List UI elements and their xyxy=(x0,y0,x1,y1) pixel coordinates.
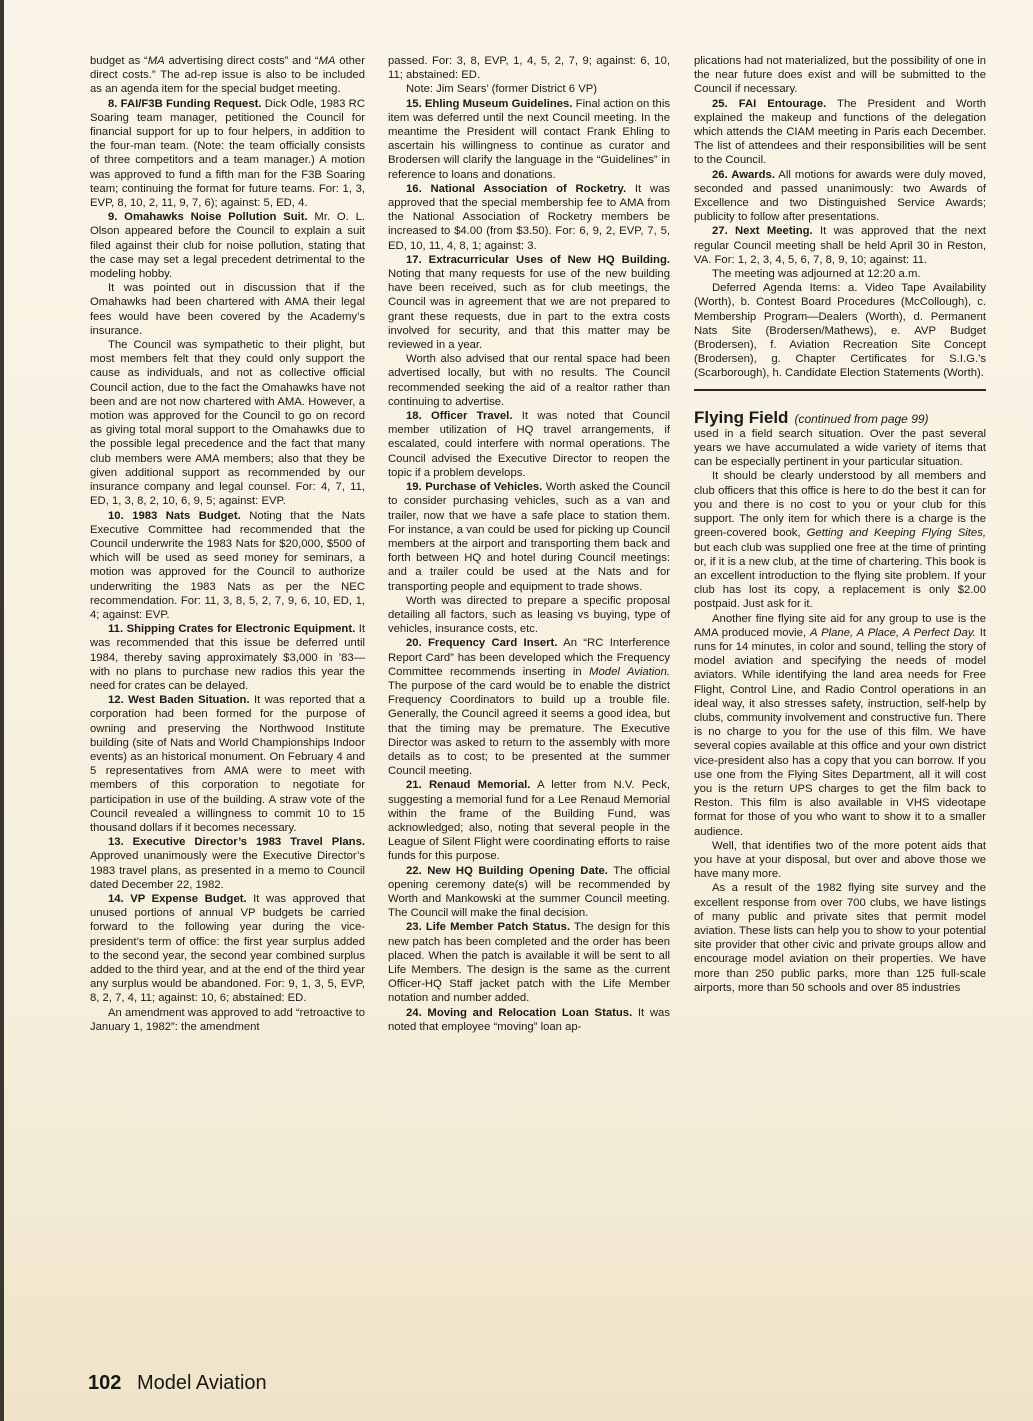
flying-field-paragraph-1: used in a field search situation. Over t… xyxy=(694,427,986,470)
flying-field-paragraph-5: As a result of the 1982 flying site surv… xyxy=(694,881,986,995)
deferred-agenda-items: Deferred Agenda Items: a. Video Tape Ava… xyxy=(694,281,986,380)
section-title-flying-field: Flying Field(continued from page 99) xyxy=(694,411,986,427)
column-middle: passed. For: 3, 8, EVP, 1, 4, 5, 2, 7, 9… xyxy=(388,54,670,1034)
flying-field-paragraph-3: Another fine flying site aid for any gro… xyxy=(694,612,986,839)
item-heading: 9. Omahawks Noise Pollution Suit. xyxy=(108,211,308,223)
item-13: 13. Executive Director’s 1983 Travel Pla… xyxy=(90,835,365,892)
paragraph-loan-continued: plications had not materialized, but the… xyxy=(694,54,986,97)
item-9: 9. Omahawks Noise Pollution Suit. Mr. O.… xyxy=(90,210,365,281)
item-10: 10. 1983 Nats Budget. Noting that the Na… xyxy=(90,509,365,623)
item-21: 21. Renaud Memorial. A letter from N.V. … xyxy=(388,778,670,863)
paragraph-budget-continued: budget as “MA advertising direct costs” … xyxy=(90,54,365,97)
item-heading: 15. Ehling Museum Guidelines. xyxy=(406,98,572,110)
column-left: budget as “MA advertising direct costs” … xyxy=(90,54,365,1034)
item-25: 25. FAI Entourage. The President and Wor… xyxy=(694,97,986,168)
section-divider xyxy=(694,389,986,391)
item-14-amendment: An amendment was approved to add “retroa… xyxy=(90,1006,365,1034)
paragraph-amendment-continued: passed. For: 3, 8, EVP, 1, 4, 5, 2, 7, 9… xyxy=(388,54,670,82)
item-heading: 24. Moving and Relocation Loan Status. xyxy=(406,1007,632,1019)
magazine-page: budget as “MA advertising direct costs” … xyxy=(0,0,1033,1421)
publication-name: Model Aviation xyxy=(137,1372,267,1394)
item-27: 27. Next Meeting. It was approved that t… xyxy=(694,224,986,267)
item-22: 22. New HQ Building Opening Date. The of… xyxy=(388,864,670,921)
item-heading: 10. 1983 Nats Budget. xyxy=(108,510,241,522)
item-9-paragraph-3: The Council was sympathetic to their pli… xyxy=(90,338,365,508)
item-17: 17. Extracurricular Uses of New HQ Build… xyxy=(388,253,670,352)
continued-from-note: (continued from page 99) xyxy=(794,412,928,426)
item-heading: 20. Frequency Card Insert. xyxy=(406,637,557,649)
flying-field-paragraph-4: Well, that identifies two of the more po… xyxy=(694,839,986,882)
item-15: 15. Ehling Museum Guidelines. Final acti… xyxy=(388,97,670,182)
item-heading: 13. Executive Director’s 1983 Travel Pla… xyxy=(108,836,365,848)
item-heading: 18. Officer Travel. xyxy=(406,410,512,422)
flying-field-paragraph-2: It should be clearly understood by all m… xyxy=(694,469,986,611)
item-19-paragraph-2: Worth was directed to prepare a specific… xyxy=(388,594,670,637)
note-jim-sears: Note: Jim Sears’ (former District 6 VP) xyxy=(388,82,670,96)
item-heading: 21. Renaud Memorial. xyxy=(406,779,530,791)
item-heading: 26. Awards. xyxy=(712,169,775,181)
page-edge-shadow xyxy=(0,0,4,1421)
item-heading: 16. National Association of Rocketry. xyxy=(406,183,626,195)
item-26: 26. Awards. All motions for awards were … xyxy=(694,168,986,225)
item-23: 23. Life Member Patch Status. The design… xyxy=(388,920,670,1005)
item-heading: 11. Shipping Crates for Electronic Equip… xyxy=(108,623,355,635)
column-right: plications had not materialized, but the… xyxy=(694,54,986,995)
item-heading: 23. Life Member Patch Status. xyxy=(406,921,570,933)
item-heading: 8. FAI/F3B Funding Request. xyxy=(108,98,262,110)
item-12: 12. West Baden Situation. It was reporte… xyxy=(90,693,365,835)
item-heading: 22. New HQ Building Opening Date. xyxy=(406,865,608,877)
item-8: 8. FAI/F3B Funding Request. Dick Odle, 1… xyxy=(90,97,365,211)
page-number: 102 xyxy=(88,1372,121,1394)
item-11: 11. Shipping Crates for Electronic Equip… xyxy=(90,622,365,693)
item-heading: 14. VP Expense Budget. xyxy=(108,893,247,905)
item-heading: 25. FAI Entourage. xyxy=(712,98,826,110)
item-heading: 27. Next Meeting. xyxy=(712,225,813,237)
item-16: 16. National Association of Rocketry. It… xyxy=(388,182,670,253)
item-24: 24. Moving and Relocation Loan Status. I… xyxy=(388,1006,670,1034)
item-14: 14. VP Expense Budget. It was approved t… xyxy=(90,892,365,1006)
item-18: 18. Officer Travel. It was noted that Co… xyxy=(388,409,670,480)
page-footer: 102 Model Aviation xyxy=(88,1372,267,1395)
item-20: 20. Frequency Card Insert. An “RC Interf… xyxy=(388,636,670,778)
adjournment-note: The meeting was adjourned at 12:20 a.m. xyxy=(694,267,986,281)
item-19: 19. Purchase of Vehicles. Worth asked th… xyxy=(388,480,670,594)
item-9-paragraph-2: It was pointed out in discussion that if… xyxy=(90,281,365,338)
item-heading: 19. Purchase of Vehicles. xyxy=(406,481,542,493)
item-17-paragraph-2: Worth also advised that our rental space… xyxy=(388,352,670,409)
item-heading: 17. Extracurricular Uses of New HQ Build… xyxy=(406,254,670,266)
item-heading: 12. West Baden Situation. xyxy=(108,694,250,706)
